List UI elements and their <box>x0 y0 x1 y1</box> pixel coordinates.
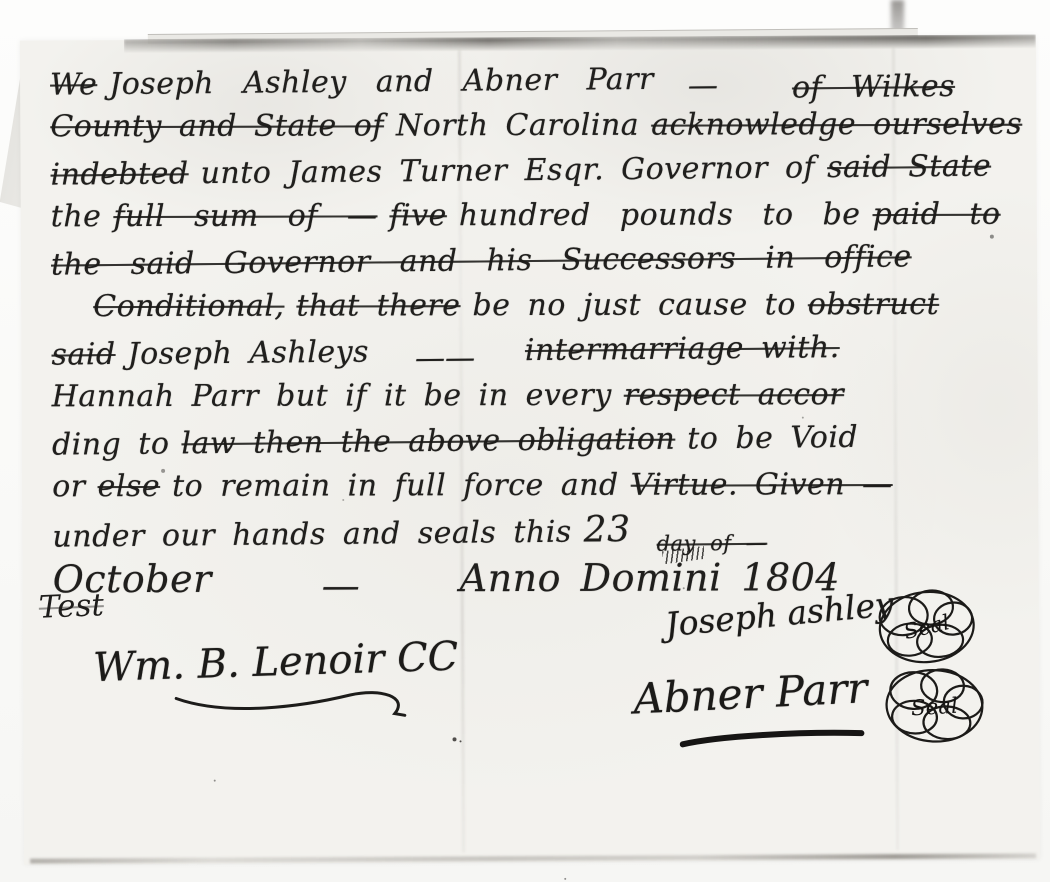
document-line: thefull sum of —fivehundred pounds to be… <box>51 192 1017 240</box>
text-segment: that there <box>296 283 460 328</box>
paper: WeJoseph Ashley and Abner Parr—of Wilkes… <box>20 35 1040 864</box>
paper-bottom-edge <box>30 853 1036 863</box>
text-segment: Conditional, <box>93 284 284 330</box>
text-segment: five <box>389 193 447 238</box>
text-segment: Joseph Ashleys <box>127 330 369 377</box>
document-line: Hannah Parr but if it be in everyrespect… <box>52 372 1018 420</box>
text-segment: acknowledge ourselves <box>651 102 1022 148</box>
text-segment: ding to <box>52 421 170 467</box>
document-line: indebtedunto James Turner Esqr. Governor… <box>50 143 1016 197</box>
seal-text: Seal <box>901 610 951 644</box>
text-segment: County and State of <box>50 103 384 149</box>
seal-icon: Seal <box>879 661 991 754</box>
text-segment: 23 <box>583 507 630 552</box>
text-segment: — <box>322 560 360 610</box>
text-segment: law then the above obligation <box>181 417 675 467</box>
text-segment: full sum of — <box>113 193 377 239</box>
document-line: orelseto remain in full force andVirtue.… <box>52 462 1018 510</box>
document-line: County and State ofNorth Carolinaacknowl… <box>50 102 1016 150</box>
text-segment: unto James Turner Esqr. Governor of <box>200 145 815 196</box>
signature-abner-parr: Abner Parr <box>632 663 868 723</box>
text-segment: Joseph Ashley and Abner Parr <box>109 57 654 107</box>
text-segment: said State <box>827 144 991 191</box>
seal-text: Seal <box>910 694 958 722</box>
text-segment: indebted <box>50 151 189 197</box>
text-segment: obstruct <box>808 282 939 327</box>
text-segment: to remain in full force and <box>172 463 619 509</box>
text-segment: paid to <box>872 192 1000 237</box>
clerk-signature: Wm. B. Lenoir CC <box>92 634 458 691</box>
text-segment: respect accor <box>624 372 844 418</box>
document-line: the said Governor and his Successors in … <box>51 233 1017 287</box>
text-segment: We <box>50 62 98 107</box>
document-line: Conditional,that therebe no just cause t… <box>51 282 1017 330</box>
text-segment: North Carolina <box>396 103 639 149</box>
text-segment: hundred pounds to be <box>459 192 861 238</box>
document-line: saidJoseph Ashleys——intermarriage with. <box>51 323 1017 377</box>
flourish-underline <box>172 683 423 731</box>
text-segment: be no just cause to <box>472 282 795 328</box>
text-segment: said <box>51 332 116 378</box>
witness-label: Test <box>38 587 104 626</box>
scanned-document: WeJoseph Ashley and Abner Parr—of Wilkes… <box>0 0 1050 882</box>
text-segment: the said Governor and his Successors in … <box>51 234 912 287</box>
text-segment: else <box>98 464 161 509</box>
signature-underline <box>679 727 865 748</box>
document-line: WeJoseph Ashley and Abner Parr—of Wilkes <box>50 53 1016 107</box>
text-segment: or <box>52 464 86 509</box>
body-lines: WeJoseph Ashley and Abner Parr—of Wilkes… <box>50 55 1019 605</box>
document-line: under our hands and seals this23day of — <box>52 503 1018 557</box>
text-segment: the <box>51 194 102 239</box>
text-segment: intermarriage with. <box>525 325 840 373</box>
document-line: ding tolaw then the above obligationto b… <box>52 413 1018 467</box>
text-segment: Virtue. Given — <box>631 462 893 508</box>
text-segment: to be Void <box>687 415 858 462</box>
text-segment: Hannah Parr but if it be in every <box>52 373 612 419</box>
